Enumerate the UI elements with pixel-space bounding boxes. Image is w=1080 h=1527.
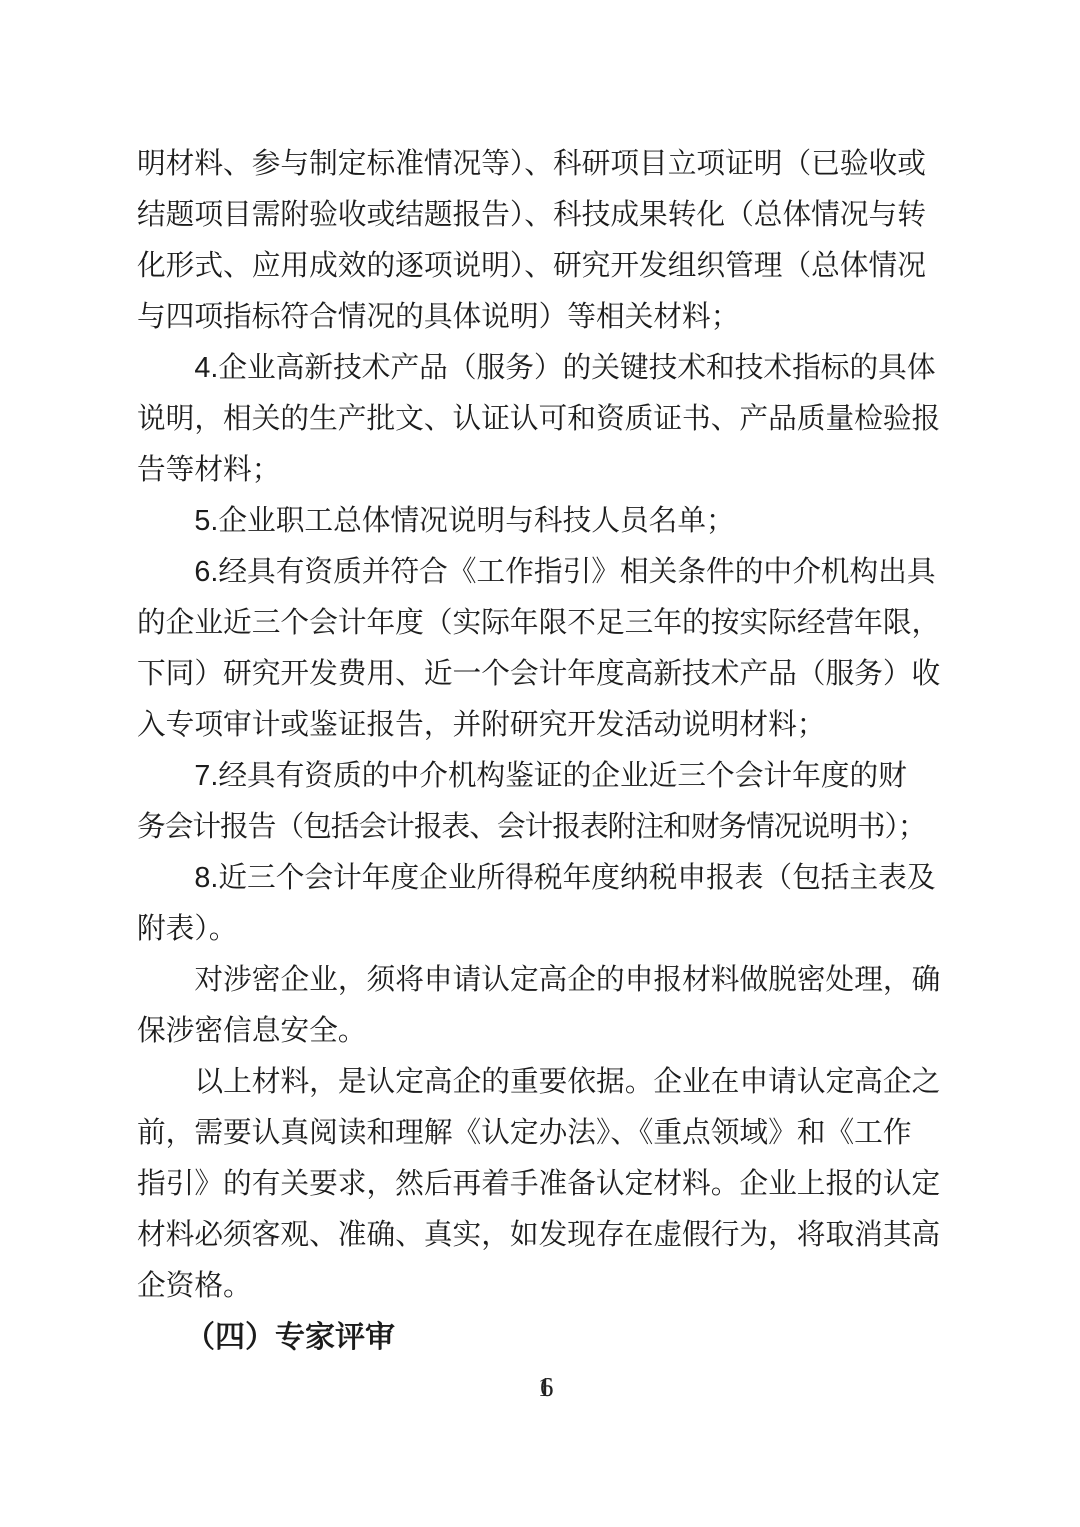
document-page: 明材料、参与制定标准情况等）、科研项目立项证明（已验收或 结题项目需附验收或结题… — [137, 139, 943, 1363]
text-line: 化形式、应用成效的逐项说明）、研究开发组织管理（总体情况 — [137, 241, 943, 292]
text-line: 对涉密企业，须将申请认定高企的申报材料做脱密处理，确 — [137, 955, 943, 1006]
paragraph-item-6: 6.经具有资质并符合《工作指引》相关条件的中介机构出具 的企业近三个会计年度（实… — [137, 547, 943, 751]
paragraph-item-4: 4.企业高新技术产品（服务）的关键技术和技术指标的具体 说明，相关的生产批文、认… — [137, 343, 943, 496]
page-number: 16 — [0, 1372, 1080, 1403]
text-line: 告等材料； — [137, 445, 943, 496]
section-heading-text: （四）专家评审 — [137, 1312, 943, 1363]
paragraph-materials-continued: 明材料、参与制定标准情况等）、科研项目立项证明（已验收或 结题项目需附验收或结题… — [137, 139, 943, 343]
text-line: 与四项指标符合情况的具体说明）等相关材料； — [137, 292, 943, 343]
text-line: 的企业近三个会计年度（实际年限不足三年的按实际经营年限， — [137, 598, 943, 649]
text-line: 7.经具有资质的中介机构鉴证的企业近三个会计年度的财 — [137, 751, 943, 802]
text-line: 下同）研究开发费用、近一个会计年度高新技术产品（服务）收 — [137, 649, 943, 700]
text-line: 6.经具有资质并符合《工作指引》相关条件的中介机构出具 — [137, 547, 943, 598]
text-line: 前，需要认真阅读和理解《认定办法》、《重点领域》和《工作 — [137, 1108, 943, 1159]
text-line: 附表）。 — [137, 904, 943, 955]
section-heading-expert-review: （四）专家评审 — [137, 1312, 943, 1363]
paragraph-item-8: 8.近三个会计年度企业所得税年度纳税申报表（包括主表及 附表）。 — [137, 853, 943, 955]
text-line: 以上材料，是认定高企的重要依据。企业在申请认定高企之 — [137, 1057, 943, 1108]
text-line: 材料必须客观、准确、真实，如发现存在虚假行为，将取消其高 — [137, 1210, 943, 1261]
text-line: 8.近三个会计年度企业所得税年度纳税申报表（包括主表及 — [137, 853, 943, 904]
text-line: 保涉密信息安全。 — [137, 1006, 943, 1057]
text-line: 4.企业高新技术产品（服务）的关键技术和技术指标的具体 — [137, 343, 943, 394]
text-line: 5.企业职工总体情况说明与科技人员名单； — [137, 496, 943, 547]
paragraph-item-7: 7.经具有资质的中介机构鉴证的企业近三个会计年度的财 务会计报告（包括会计报表、… — [137, 751, 943, 853]
text-line: 明材料、参与制定标准情况等）、科研项目立项证明（已验收或 — [137, 139, 943, 190]
text-line: 入专项审计或鉴证报告，并附研究开发活动说明材料； — [137, 700, 943, 751]
text-line: 务会计报告（包括会计报表、会计报表附注和财务情况说明书）； — [137, 802, 943, 853]
paragraph-item-5: 5.企业职工总体情况说明与科技人员名单； — [137, 496, 943, 547]
paragraph-confidential-note: 对涉密企业，须将申请认定高企的申报材料做脱密处理，确 保涉密信息安全。 — [137, 955, 943, 1057]
text-line: 指引》的有关要求，然后再着手准备认定材料。企业上报的认定 — [137, 1159, 943, 1210]
paragraph-summary-note: 以上材料，是认定高企的重要依据。企业在申请认定高企之 前，需要认真阅读和理解《认… — [137, 1057, 943, 1312]
text-line: 说明，相关的生产批文、认证认可和资质证书、产品质量检验报 — [137, 394, 943, 445]
text-line: 结题项目需附验收或结题报告）、科技成果转化（总体情况与转 — [137, 190, 943, 241]
text-line: 企资格。 — [137, 1261, 943, 1312]
